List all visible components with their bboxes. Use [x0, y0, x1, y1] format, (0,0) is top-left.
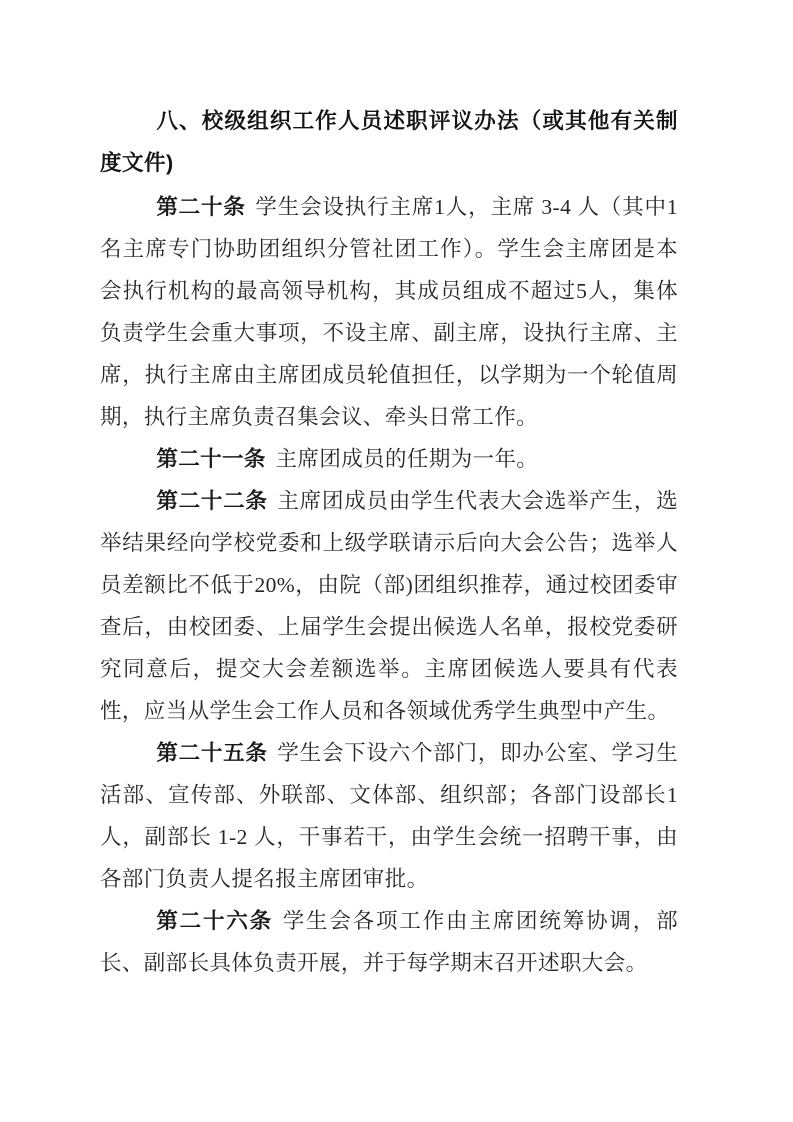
article-label: 第二十五条 [156, 741, 267, 765]
document-paragraph: 第二十二条主席团成员由学生代表大会选举产生，选举结果经向学校党委和上级学联请示后… [100, 480, 678, 732]
article-label: 第二十条 [156, 195, 245, 219]
article-text: 主席团成员由学生代表大会选举产生，选举结果经向学校党委和上级学联请示后向大会公告… [100, 489, 678, 723]
document-paragraph: 第二十六条学生会各项工作由主席团统筹协调，部长、副部长具体负责开展，并于每学期末… [100, 900, 678, 984]
article-text: 学生会设执行主席1人，主席 3-4 人（其中1名主席专门协助团组织分管社团工作）… [100, 195, 678, 429]
article-label: 第二十一条 [156, 447, 266, 471]
document-page: 八、校级组织工作人员述职评议办法（或其他有关制度文件) 第二十条学生会设执行主席… [0, 0, 793, 1122]
article-label: 第二十六条 [156, 909, 273, 933]
article-label: 第二十二条 [156, 489, 267, 513]
document-body: 第二十条学生会设执行主席1人，主席 3-4 人（其中1名主席专门协助团组织分管社… [100, 186, 678, 984]
document-heading: 八、校级组织工作人员述职评议办法（或其他有关制度文件) [100, 100, 678, 184]
document-paragraph: 第二十一条主席团成员的任期为一年。 [100, 438, 678, 480]
article-text: 主席团成员的任期为一年。 [276, 447, 539, 471]
document-paragraph: 第二十条学生会设执行主席1人，主席 3-4 人（其中1名主席专门协助团组织分管社… [100, 186, 678, 438]
document-paragraph: 第二十五条学生会下设六个部门，即办公室、学习生活部、宣传部、外联部、文体部、组织… [100, 732, 678, 900]
